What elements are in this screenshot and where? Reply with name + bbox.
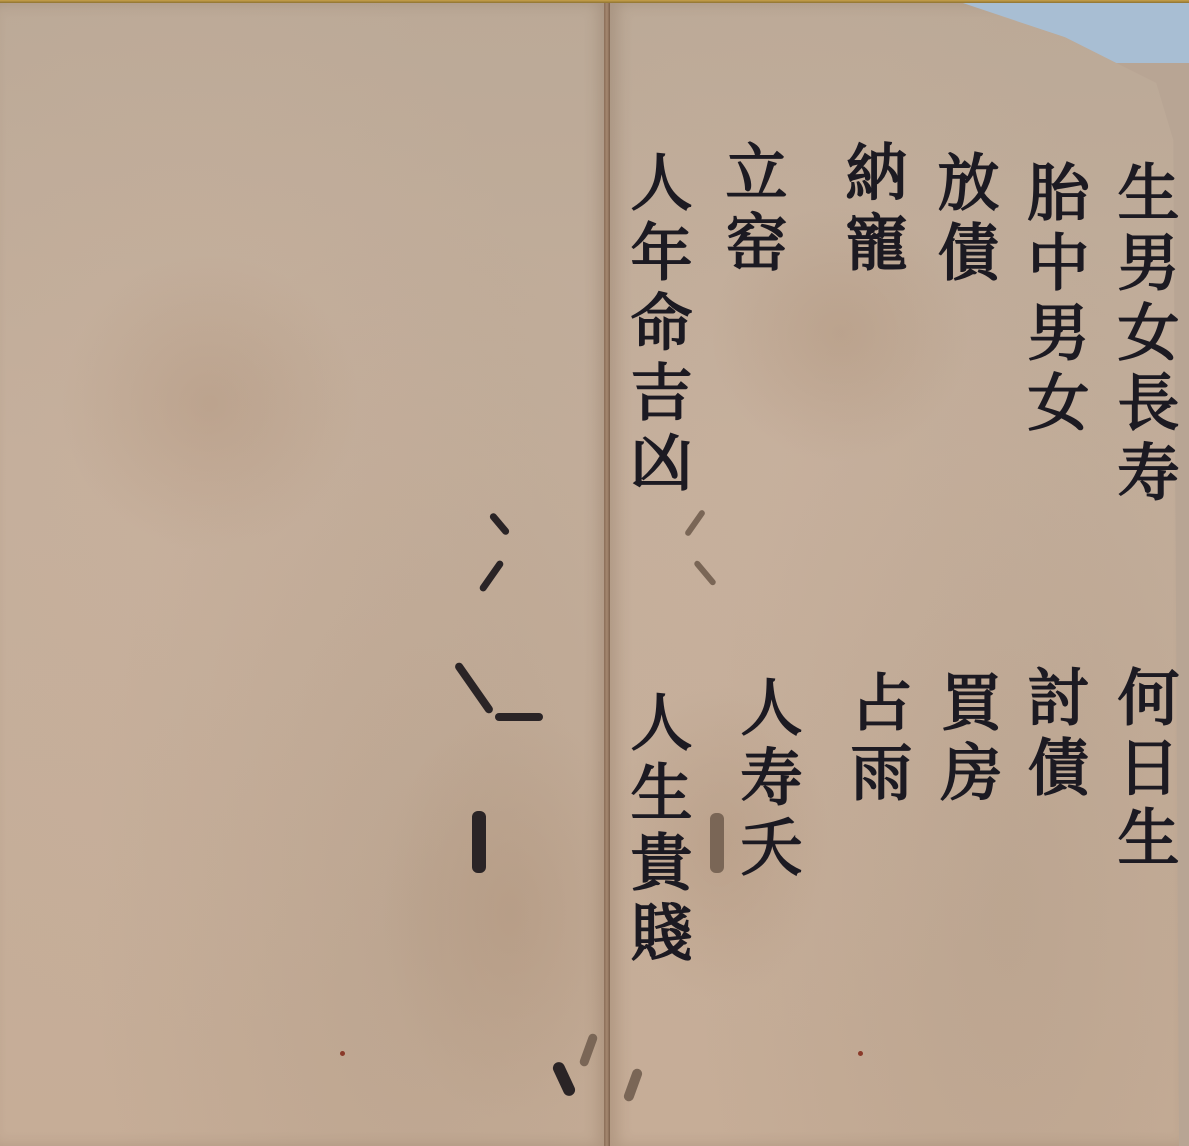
punctuation-mark <box>693 560 717 587</box>
text-column: 占雨 <box>845 670 907 810</box>
ink-speck <box>340 1051 345 1056</box>
text-column: 買房 <box>935 670 997 810</box>
text-column: 人年命吉凶 <box>625 150 687 500</box>
punctuation-mark <box>488 512 510 536</box>
punctuation-mark <box>684 509 706 537</box>
punctuation-mark <box>495 713 543 721</box>
top-border <box>0 0 1189 3</box>
book-binding <box>604 3 610 1146</box>
text-column: 人生貴賤 <box>625 690 687 970</box>
text-column: 何日生 <box>1112 665 1174 875</box>
text-column: 胎中男女 <box>1022 160 1084 440</box>
text-column: 人寿夭 <box>735 675 797 885</box>
photo-frame: 生男女長寿 胎中男女 放債 納寵 立窑 人年命吉凶 何日生 討債 買房 占雨 人… <box>0 0 1189 1146</box>
punctuation-mark <box>472 811 486 873</box>
punctuation-mark <box>622 1067 643 1102</box>
punctuation-mark <box>478 559 504 593</box>
water-stain <box>60 253 360 553</box>
left-page <box>0 3 606 1146</box>
text-column: 放債 <box>932 150 994 290</box>
ink-speck <box>858 1051 863 1056</box>
punctuation-mark <box>710 813 724 873</box>
punctuation-mark <box>454 661 495 715</box>
text-column: 生男女長寿 <box>1112 160 1174 510</box>
text-column: 討債 <box>1022 665 1084 805</box>
water-stain <box>380 703 640 1123</box>
text-column: 立窑 <box>720 140 782 280</box>
text-column: 納寵 <box>840 140 902 280</box>
